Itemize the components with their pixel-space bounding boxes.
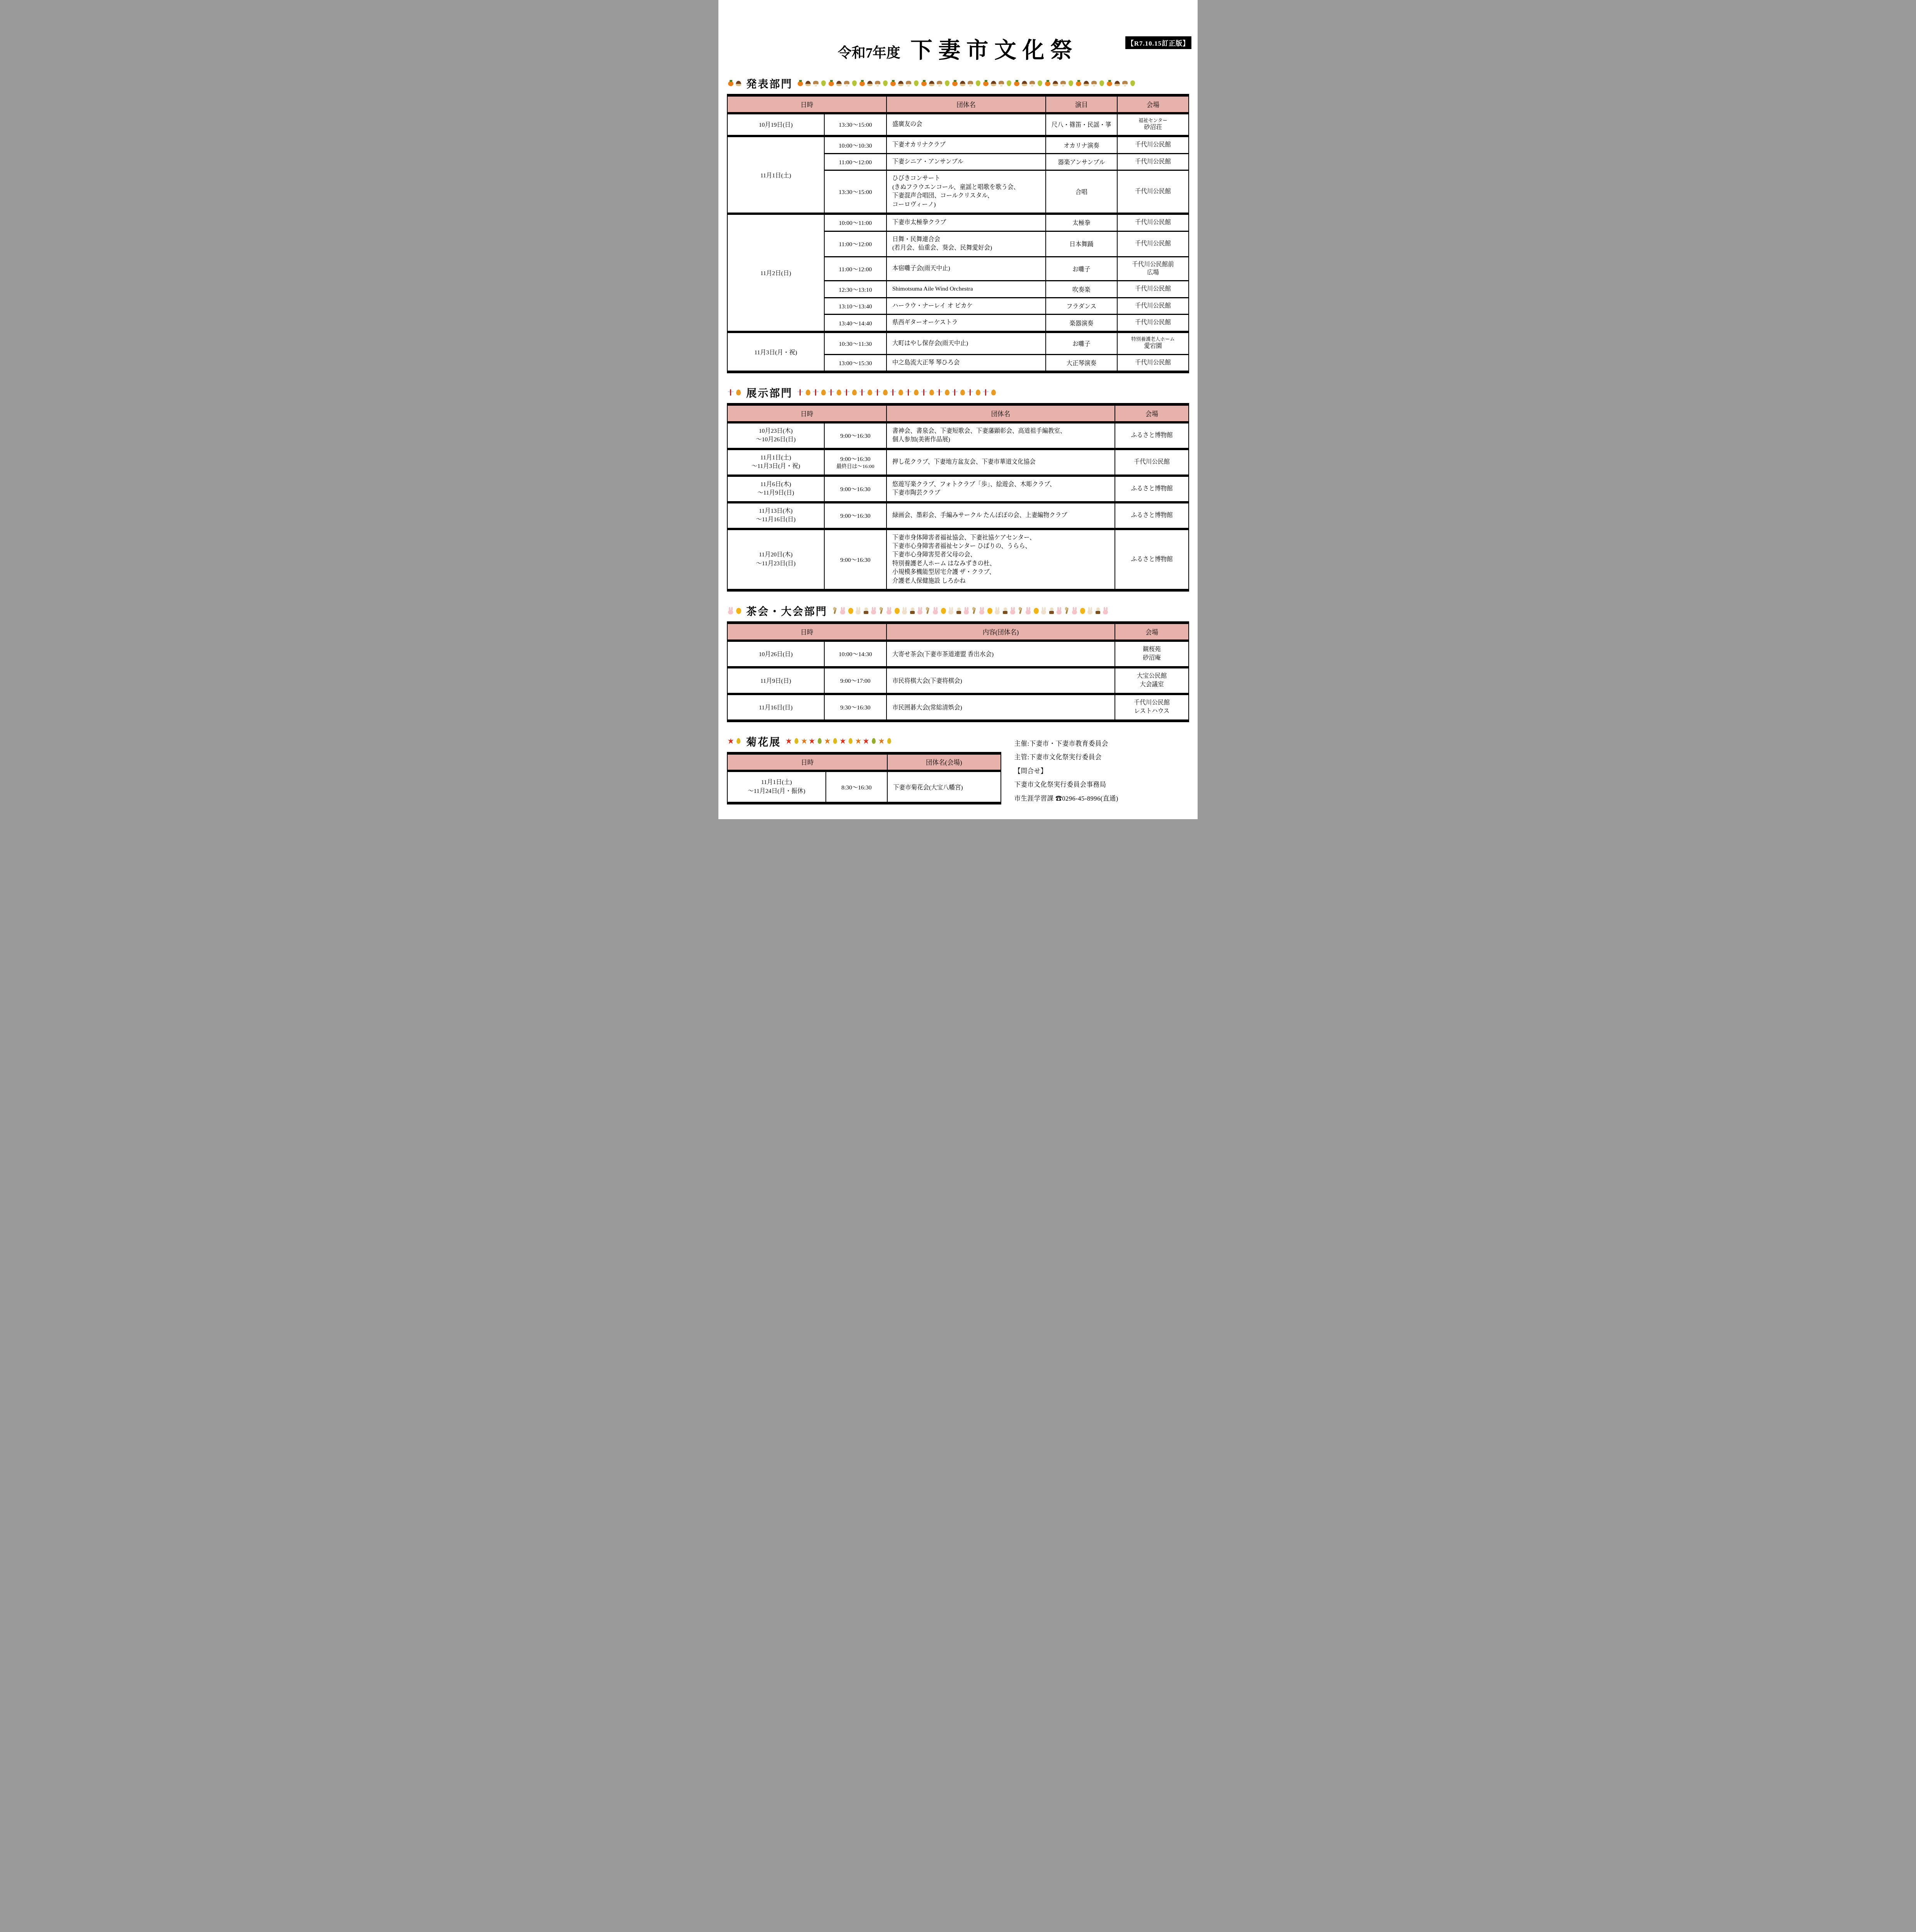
col-header-program: 演目: [1046, 95, 1117, 113]
time-cell: 11:00〜12:00: [824, 153, 887, 170]
venue-cell: 千代川公民館: [1117, 231, 1189, 257]
moon-icon: [735, 607, 742, 615]
rabbit-icon: [1103, 607, 1109, 615]
group-cell: 本宿囃子会(雨天中止): [887, 257, 1046, 281]
persimmon-icon: [1014, 80, 1020, 87]
exhibition-section-header: 展示部門: [727, 385, 1190, 400]
date-cell: 10月26日(日): [727, 641, 824, 667]
kiku-table-body: 11月1日(土) 〜11月24日(月・振休) 8:30〜16:30 下妻市菊花会…: [727, 771, 1001, 803]
persimmon-icon: [828, 80, 834, 87]
acorn-icon: [929, 389, 935, 396]
pear-icon: [820, 80, 827, 87]
time-cell: 9:00〜16:30: [824, 529, 887, 590]
tea-section-header: 茶会・大会部門: [727, 603, 1190, 618]
maple-red-icon: [728, 737, 734, 745]
persimmon-icon: [859, 80, 865, 87]
content-cell: 市民将棋大会(下妻将棋会): [887, 667, 1115, 694]
dango-icon: [956, 607, 962, 615]
mushroom-icon: [936, 80, 943, 87]
persimmon-icon: [1075, 80, 1082, 87]
time-cell: 9:00〜16:30: [824, 476, 887, 502]
dragonfly-icon: [828, 389, 834, 396]
venue-cell: 千代川公民館: [1117, 136, 1189, 153]
organizer-line: 下妻市文化祭実行委員会事務局: [1014, 778, 1188, 791]
time-cell: 13:40〜14:40: [824, 315, 887, 332]
pampas-icon: [1064, 607, 1070, 615]
group-cell: 緑画会、墨彩会、手編みサークル たんぽぽの会、上妻編物クラブ: [887, 502, 1115, 529]
presentation-table-head: 日時 団体名 演目 会場: [727, 95, 1189, 113]
rabbit2-icon: [1041, 607, 1047, 615]
table-row: 11月6日(木) 〜11月9日(日) 9:00〜16:30 悠遊写楽クラブ、フォ…: [727, 476, 1189, 502]
col-header-venue: 会場: [1115, 623, 1189, 641]
col-header-venue: 会場: [1117, 95, 1189, 113]
venue-cell: ふるさと博物館: [1115, 529, 1189, 590]
group-cell: 押し花クラブ、下妻地方盆友会、下妻市華道文化協会: [887, 449, 1115, 476]
pampas-icon: [878, 607, 885, 615]
venue-cell: 千代川公民館: [1117, 214, 1189, 231]
time-cell: 9:30〜16:30: [824, 694, 887, 721]
table-row: 10月23日(木) 〜10月26日(日) 9:00〜16:30 書神会、書泉会、…: [727, 422, 1189, 449]
program-cell: 太極拳: [1046, 214, 1117, 231]
rabbit2-icon: [994, 607, 1001, 615]
table-row: 11月20日(木) 〜11月23日(日) 9:00〜16:30 下妻市身体障害者…: [727, 529, 1189, 590]
time-cell: 11:00〜12:00: [824, 257, 887, 281]
date-cell: 11月20日(木) 〜11月23日(日): [727, 529, 824, 590]
dango-icon: [909, 607, 915, 615]
venue-cell: 千代川公民館: [1117, 315, 1189, 332]
col-header-datetime: 日時: [727, 95, 887, 113]
moon-icon: [847, 607, 854, 615]
date-cell: 11月6日(木) 〜11月9日(日): [727, 476, 824, 502]
time-note: 最終日は〜16:00: [829, 463, 882, 470]
moon-icon: [940, 607, 946, 615]
venue-cell: 千代川公民館前 広場: [1117, 257, 1189, 281]
chestnut-icon: [990, 80, 997, 87]
venue-main: 千代川公民館: [1121, 285, 1184, 293]
exhibition-heading: 展示部門: [746, 385, 793, 400]
tea-table: 日時 内容(団体名) 会場 10月26日(日) 10:00〜14:30 大寄せ茶…: [727, 621, 1189, 722]
persimmon-icon: [952, 80, 958, 87]
leaf-green-icon: [871, 737, 877, 745]
chestnut-icon: [836, 80, 842, 87]
organizer-line: 【問合せ】: [1014, 764, 1188, 778]
presentation-table: 日時 団体名 演目 会場 10月19日(日) 13:30〜15:00 盛廣友の会…: [727, 94, 1189, 373]
venue-main: 千代川公民館: [1121, 302, 1184, 310]
group-cell: 下妻市身体障害者福祉協会、下妻社協ケアセンター、 下妻市心身障害者福祉センター …: [887, 529, 1115, 590]
rabbit-icon: [1056, 607, 1062, 615]
rabbit-icon: [728, 607, 734, 615]
program-cell: フラダンス: [1046, 298, 1117, 314]
dragonfly-icon: [797, 389, 803, 396]
col-header-group: 団体名: [887, 95, 1046, 113]
table-header-row: 日時 団体名 会場: [727, 405, 1189, 422]
rabbit-icon: [979, 607, 985, 615]
moon-icon: [1033, 607, 1039, 615]
venue-main: 千代川公民館: [1121, 141, 1184, 149]
kiku-heading: 菊花展: [746, 734, 781, 749]
chestnut-icon: [867, 80, 873, 87]
acorn-icon: [975, 389, 981, 396]
time-cell: 8:30〜16:30: [826, 771, 887, 803]
venue-main: 愛宕園: [1121, 342, 1184, 350]
venue-cell: ふるさと博物館: [1115, 476, 1189, 502]
venue-main: 千代川公民館: [1121, 219, 1184, 227]
dragonfly-icon: [875, 389, 881, 396]
rabbit-icon: [1010, 607, 1016, 615]
table-header-row: 日時 団体名 演目 会場: [727, 95, 1189, 113]
table-row: 11月16日(日) 9:30〜16:30 市民囲碁大会(常総清娯会) 千代川公民…: [727, 694, 1189, 721]
group-cell: ハーラウ・ナーレイ オ ピカケ: [887, 298, 1046, 314]
exhibition-lead-icons: [727, 389, 742, 396]
maple-red-icon: [809, 737, 815, 745]
exhibition-table-body: 10月23日(木) 〜10月26日(日) 9:00〜16:30 書神会、書泉会、…: [727, 422, 1189, 590]
table-row: 11月2日(日) 10:00〜11:00 下妻市太極拳クラブ 太極拳 千代川公民…: [727, 214, 1189, 231]
venue-cell: 千代川公民館: [1117, 281, 1189, 298]
kiku-icon-strip: [785, 737, 998, 745]
organizer-contact-block: 主催:下妻市・下妻市教育委員会 主管:下妻市文化祭実行委員会 【問合せ】 下妻市…: [1001, 734, 1198, 805]
dragonfly-icon: [952, 389, 958, 396]
mushroom-icon: [875, 80, 881, 87]
exhibition-table-head: 日時 団体名 会場: [727, 405, 1189, 422]
acorn-icon: [898, 389, 904, 396]
table-row: 11月13日(木) 〜11月16日(日) 9:00〜16:30 緑画会、墨彩会、…: [727, 502, 1189, 529]
tea-table-body: 10月26日(日) 10:00〜14:30 大寄せ茶会(下妻市茶道連盟 香出水会…: [727, 641, 1189, 721]
group-cell: 盛廣友の会: [887, 113, 1046, 136]
venue-main: 千代川公民館: [1121, 359, 1184, 367]
chestnut-icon: [960, 80, 966, 87]
rabbit-icon: [840, 607, 846, 615]
leaf-green-icon: [817, 737, 823, 745]
col-header-datetime: 日時: [727, 405, 887, 422]
date-cell: 11月9日(日): [727, 667, 824, 694]
venue-main: 千代川公民館前 広場: [1121, 261, 1184, 277]
rabbit2-icon: [855, 607, 861, 615]
persimmon-icon: [921, 80, 927, 87]
group-cell: 書神会、書泉会、下妻短歌会、下妻藩顕彰会、高道祖手編教室、 個人参加(美術作品展…: [887, 422, 1115, 449]
dragonfly-icon: [728, 389, 734, 396]
persimmon-icon: [728, 80, 734, 87]
leaf-yellow-icon: [832, 737, 838, 745]
maple-orange-icon: [855, 737, 861, 745]
date-cell: 11月1日(土) 〜11月3日(月・祝): [727, 449, 824, 476]
section-kiku-and-contact: 菊花展 日時 団体名(会場) 11月1日(土) 〜11月24日(月・振休): [718, 734, 1198, 805]
rabbit2-icon: [1087, 607, 1093, 615]
dragonfly-icon: [936, 389, 943, 396]
pear-icon: [1130, 80, 1136, 87]
date-cell: 11月2日(日): [727, 214, 824, 332]
group-cell: 県西ギターオーケストラ: [887, 315, 1046, 332]
persimmon-icon: [1045, 80, 1051, 87]
time-cell: 13:10〜13:40: [824, 298, 887, 314]
rabbit-icon: [917, 607, 923, 615]
group-cell: 下妻市菊花会(大宝八幡宮): [887, 771, 1001, 803]
program-cell: 吹奏楽: [1046, 281, 1117, 298]
venue-cell: 特別養護老人ホーム愛宕園: [1117, 332, 1189, 354]
dango-icon: [1095, 607, 1101, 615]
dragonfly-icon: [983, 389, 989, 396]
venue-main: 砂沼荘: [1121, 124, 1184, 132]
presentation-heading: 発表部門: [746, 76, 793, 91]
group-cell: ひびきコンサート (きぬフラウエンコール、童謡と唱歌を歌う会、 下妻混声合唱団、…: [887, 170, 1046, 214]
time-cell: 10:00〜11:00: [824, 214, 887, 231]
moon-icon: [987, 607, 993, 615]
col-header-datetime: 日時: [727, 753, 887, 771]
dango-icon: [1048, 607, 1055, 615]
chestnut-icon: [735, 80, 742, 87]
rabbit2-icon: [902, 607, 908, 615]
acorn-icon: [913, 389, 919, 396]
group-cell: 日舞・民舞連合会 (若月会、仙重会、葵会、民舞愛好会): [887, 231, 1046, 257]
program-cell: 尺八・篠笛・民謡・箏: [1046, 113, 1117, 136]
time-cell: 12:30〜13:10: [824, 281, 887, 298]
mushroom-icon: [1060, 80, 1066, 87]
pear-icon: [944, 80, 950, 87]
acorn-icon: [990, 389, 997, 396]
dragonfly-icon: [813, 389, 819, 396]
tea-table-head: 日時 内容(団体名) 会場: [727, 623, 1189, 641]
table-row: 11月1日(土) 10:00〜10:30 下妻オカリナクラブ オカリナ演奏 千代…: [727, 136, 1189, 153]
venue-cell: 千代川公民館: [1117, 298, 1189, 314]
dragonfly-icon: [844, 389, 850, 396]
time-cell: 11:00〜12:00: [824, 231, 887, 257]
group-cell: 下妻オカリナクラブ: [887, 136, 1046, 153]
dango-icon: [863, 607, 869, 615]
pear-icon: [1099, 80, 1105, 87]
section-tea-tournament: 茶会・大会部門 日時 内容(団体名) 会場 10月26日(日) 10:00〜14…: [718, 603, 1198, 722]
group-cell: 下妻市太極拳クラブ: [887, 214, 1046, 231]
organizer-line: 主催:下妻市・下妻市教育委員会: [1014, 737, 1188, 750]
venue-cell: 大宝公民館 大会議室: [1115, 667, 1189, 694]
acorn-icon: [882, 389, 888, 396]
venue-cell: 千代川公民館 レストハウス: [1115, 694, 1189, 721]
program-cell: オカリナ演奏: [1046, 136, 1117, 153]
tea-lead-icons: [727, 607, 742, 615]
presentation-lead-icons: [727, 80, 742, 87]
mushroom-icon: [998, 80, 1004, 87]
time-cell: 9:00〜16:30: [824, 502, 887, 529]
pear-icon: [1068, 80, 1074, 87]
venue-cell: ふるさと博物館: [1115, 502, 1189, 529]
dragonfly-icon: [890, 389, 896, 396]
venue-main: 千代川公民館: [1121, 188, 1184, 196]
maple-orange-icon: [878, 737, 885, 745]
rabbit-icon: [932, 607, 939, 615]
pampas-icon: [971, 607, 977, 615]
rabbit-icon: [963, 607, 970, 615]
table-row: 10月26日(日) 10:00〜14:30 大寄せ茶会(下妻市茶道連盟 香出水会…: [727, 641, 1189, 667]
col-header-group-venue: 団体名(会場): [887, 753, 1001, 771]
acorn-icon: [836, 389, 842, 396]
acorn-icon: [960, 389, 966, 396]
presentation-table-body: 10月19日(日) 13:30〜15:00 盛廣友の会 尺八・篠笛・民謡・箏 福…: [727, 113, 1189, 372]
venue-main: 千代川公民館: [1121, 319, 1184, 327]
date-cell: 10月19日(日): [727, 113, 824, 136]
maple-red-icon: [863, 737, 869, 745]
time-cell: 13:30〜15:00: [824, 113, 887, 136]
leaf-yellow-icon: [735, 737, 742, 745]
time-cell: 9:00〜16:30: [824, 422, 887, 449]
dragonfly-icon: [905, 389, 912, 396]
document-header: 令和7年度 下妻市文化祭 【R7.10.15訂正版】: [718, 2, 1198, 64]
page-title: 令和7年度 下妻市文化祭: [838, 32, 1078, 64]
moon-icon: [1079, 607, 1086, 615]
organizer-line: 主管:下妻市文化祭実行委員会: [1014, 750, 1188, 764]
dragonfly-icon: [921, 389, 927, 396]
time-cell: 9:00〜16:30最終日は〜16:00: [824, 449, 887, 476]
dragonfly-icon: [859, 389, 865, 396]
persimmon-icon: [983, 80, 989, 87]
acorn-icon: [851, 389, 858, 396]
acorn-icon: [735, 389, 742, 396]
leaf-yellow-icon: [847, 737, 854, 745]
mushroom-icon: [967, 80, 973, 87]
leaf-yellow-icon: [886, 737, 892, 745]
title-main: 下妻市文化祭: [910, 32, 1078, 64]
pear-icon: [851, 80, 858, 87]
dragonfly-icon: [967, 389, 973, 396]
dango-icon: [1002, 607, 1008, 615]
pear-icon: [913, 80, 919, 87]
venue-note: 福祉センター: [1121, 118, 1184, 124]
leaf-yellow-icon: [793, 737, 800, 745]
col-header-group: 団体名: [887, 405, 1115, 422]
group-cell: 下妻シニア・アンサンブル: [887, 153, 1046, 170]
acorn-icon: [944, 389, 950, 396]
rabbit-icon: [871, 607, 877, 615]
content-cell: 大寄せ茶会(下妻市茶道連盟 香出水会): [887, 641, 1115, 667]
table-row: 11月1日(土) 〜11月24日(月・振休) 8:30〜16:30 下妻市菊花会…: [727, 771, 1001, 803]
table-row: 11月3日(月・祝) 10:30〜11:30 大町はやし保存会(雨天中止) お囃…: [727, 332, 1189, 354]
section-presentation: 発表部門 日時 団体名 演目 会場 10月19日(日) 13:30〜15:00 …: [718, 76, 1198, 373]
rabbit-icon: [1025, 607, 1031, 615]
persimmon-icon: [1106, 80, 1113, 87]
group-cell: 大町はやし保存会(雨天中止): [887, 332, 1046, 354]
mushroom-icon: [813, 80, 819, 87]
date-cell: 11月16日(日): [727, 694, 824, 721]
chestnut-icon: [1114, 80, 1120, 87]
group-cell: 中之島流大正琴 琴ひろ会: [887, 354, 1046, 372]
pear-icon: [882, 80, 888, 87]
time-cell: 13:30〜15:00: [824, 170, 887, 214]
venue-cell: ふるさと博物館: [1115, 422, 1189, 449]
persimmon-icon: [797, 80, 803, 87]
program-cell: 大正琴演奏: [1046, 354, 1117, 372]
venue-cell: 千代川公民館: [1115, 449, 1189, 476]
mushroom-icon: [1029, 80, 1035, 87]
rabbit-icon: [1072, 607, 1078, 615]
maple-red-icon: [786, 737, 792, 745]
venue-cell: 千代川公民館: [1117, 354, 1189, 372]
program-cell: 楽器演奏: [1046, 315, 1117, 332]
tea-heading: 茶会・大会部門: [746, 603, 827, 618]
time-cell: 10:00〜10:30: [824, 136, 887, 153]
pear-icon: [1037, 80, 1043, 87]
mushroom-icon: [905, 80, 912, 87]
pampas-icon: [925, 607, 931, 615]
acorn-icon: [805, 389, 811, 396]
venue-note: 特別養護老人ホーム: [1121, 337, 1184, 342]
date-cell: 11月1日(土): [727, 136, 824, 214]
pear-icon: [1006, 80, 1012, 87]
rabbit2-icon: [948, 607, 954, 615]
time-value: 9:00〜16:30: [840, 456, 870, 463]
content-cell: 市民囲碁大会(常総清娯会): [887, 694, 1115, 721]
rabbit-icon: [886, 607, 892, 615]
chestnut-icon: [1021, 80, 1028, 87]
program-cell: お囃子: [1046, 332, 1117, 354]
chestnut-icon: [929, 80, 935, 87]
moon-icon: [894, 607, 900, 615]
maple-orange-icon: [801, 737, 807, 745]
kiku-column: 菊花展 日時 団体名(会場) 11月1日(土) 〜11月24日(月・振休): [718, 734, 1001, 804]
program-cell: 合唱: [1046, 170, 1117, 214]
acorn-icon: [867, 389, 873, 396]
acorn-icon: [820, 389, 827, 396]
venue-cell: 福祉センター砂沼荘: [1117, 113, 1189, 136]
time-cell: 10:30〜11:30: [824, 332, 887, 354]
revision-badge: 【R7.10.15訂正版】: [1125, 36, 1191, 49]
date-cell: 10月23日(木) 〜10月26日(日): [727, 422, 824, 449]
venue-cell: 観桜苑 砂沼庵: [1115, 641, 1189, 667]
kiku-table-head: 日時 団体名(会場): [727, 753, 1001, 771]
table-row: 10月19日(日) 13:30〜15:00 盛廣友の会 尺八・篠笛・民謡・箏 福…: [727, 113, 1189, 136]
col-header-venue: 会場: [1115, 405, 1189, 422]
kiku-section-header: 菊花展: [727, 734, 998, 749]
time-cell: 9:00〜17:00: [824, 667, 887, 694]
table-header-row: 日時 内容(団体名) 会場: [727, 623, 1189, 641]
table-row: 11月9日(日) 9:00〜17:00 市民将棋大会(下妻将棋会) 大宝公民館 …: [727, 667, 1189, 694]
date-cell: 11月3日(月・祝): [727, 332, 824, 372]
venue-cell: 千代川公民館: [1117, 170, 1189, 214]
pampas-icon: [1018, 607, 1024, 615]
col-header-datetime: 日時: [727, 623, 887, 641]
chestnut-icon: [1083, 80, 1089, 87]
group-cell: Shimotsuma Aile Wind Orchestra: [887, 281, 1046, 298]
pear-icon: [975, 80, 981, 87]
venue-main: 千代川公民館: [1121, 240, 1184, 248]
exhibition-table: 日時 団体名 会場 10月23日(木) 〜10月26日(日) 9:00〜16:3…: [727, 403, 1189, 592]
section-exhibition: 展示部門 日時 団体名 会場 10月23日(木) 〜10月26日(日) 9:00…: [718, 385, 1198, 592]
presentation-icon-strip: [796, 80, 1190, 87]
exhibition-icon-strip: [796, 389, 1190, 396]
pampas-icon: [832, 607, 838, 615]
date-cell: 11月1日(土) 〜11月24日(月・振休): [727, 771, 826, 803]
table-header-row: 日時 団体名(会場): [727, 753, 1001, 771]
kiku-contact-wrapper: 菊花展 日時 団体名(会場) 11月1日(土) 〜11月24日(月・振休): [718, 734, 1198, 805]
time-cell: 10:00〜14:30: [824, 641, 887, 667]
presentation-section-header: 発表部門: [727, 76, 1190, 91]
table-row: 11月1日(土) 〜11月3日(月・祝) 9:00〜16:30最終日は〜16:0…: [727, 449, 1189, 476]
mushroom-icon: [844, 80, 850, 87]
tea-icon-strip: [831, 607, 1190, 615]
group-cell: 悠遊写楽クラブ、フォトクラブ「歩」、絵遊会、木彫クラブ、 下妻市陶芸クラブ: [887, 476, 1115, 502]
persimmon-icon: [890, 80, 896, 87]
mushroom-icon: [1122, 80, 1128, 87]
program-cell: 器楽アンサンブル: [1046, 153, 1117, 170]
date-cell: 11月13日(木) 〜11月16日(日): [727, 502, 824, 529]
maple-red-icon: [840, 737, 846, 745]
mushroom-icon: [1091, 80, 1097, 87]
venue-cell: 千代川公民館: [1117, 153, 1189, 170]
chestnut-icon: [1052, 80, 1058, 87]
program-cell: 日本舞踊: [1046, 231, 1117, 257]
chestnut-icon: [805, 80, 811, 87]
festival-flyer-page: 令和7年度 下妻市文化祭 【R7.10.15訂正版】 発表部門 日時 団体名 演…: [718, 0, 1198, 819]
organizer-phone-line: 市生涯学習課 ☎0296-45-8996(直通): [1014, 792, 1188, 805]
venue-main: 千代川公民館: [1121, 158, 1184, 166]
time-cell: 13:00〜15:30: [824, 354, 887, 372]
kiku-table: 日時 団体名(会場) 11月1日(土) 〜11月24日(月・振休) 8:30〜1…: [727, 752, 1001, 804]
